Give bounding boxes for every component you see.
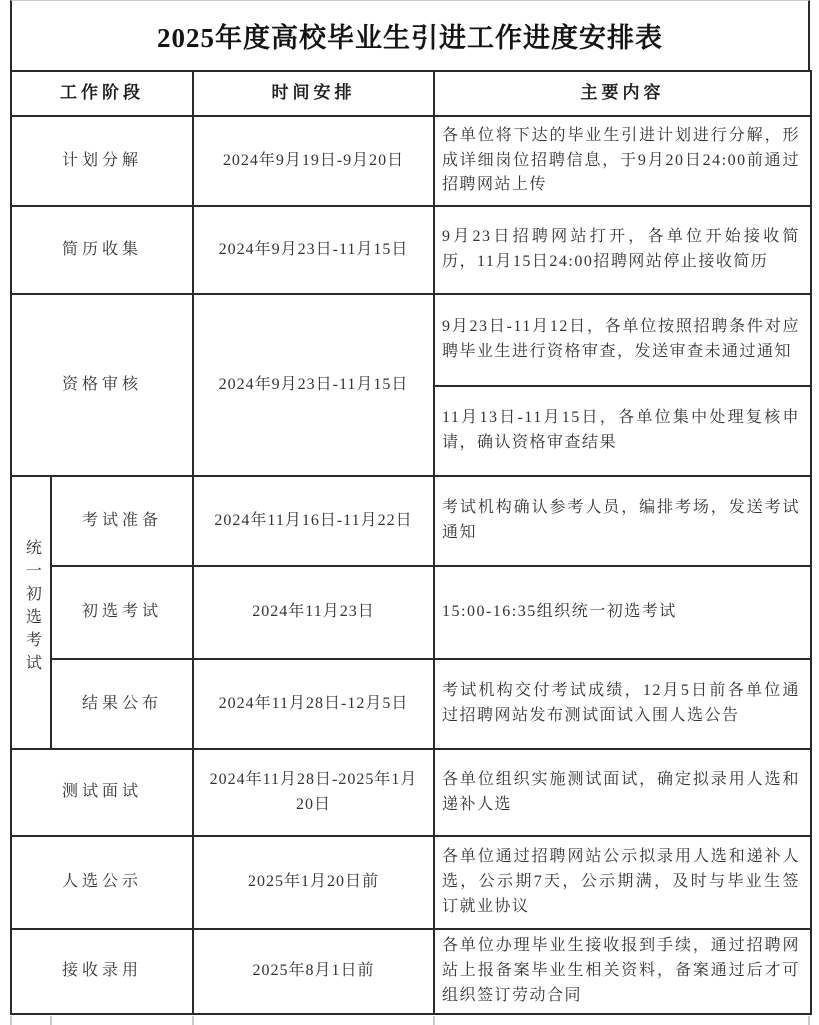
content-cell: 9月23日招聘网站打开，各单位开始接收简历，11月15日24:00招聘网站停止接…: [434, 206, 811, 294]
stage-cell: 接收录用: [11, 929, 193, 1014]
divider: [50, 1016, 52, 1025]
content-cell: 9月23日-11月12日，各单位按照招聘条件对应聘毕业生进行资格审查，发送审查未…: [434, 294, 811, 386]
page-title: 2025年度高校毕业生引进工作进度安排表: [157, 16, 663, 55]
header-row: 工作阶段 时间安排 主要内容: [11, 71, 811, 116]
stage-cell: 初选考试: [51, 566, 193, 659]
row-exam: 初选考试 2024年11月23日 15:00-16:35组织统一初选考试: [11, 566, 811, 659]
content-cell: 考试机构交付考试成绩，12月5日前各单位通过招聘网站发布测试面试入围人选公告: [434, 659, 811, 749]
time-cell: 2024年9月23日-11月15日: [193, 206, 434, 294]
row-results: 结果公布 2024年11月28日-12月5日 考试机构交付考试成绩，12月5日前…: [11, 659, 811, 749]
divider: [808, 1016, 810, 1025]
content-cell: 各单位办理毕业生接收报到手续，通过招聘网站上报备案毕业生相关资料，备案通过后才可…: [434, 929, 811, 1014]
time-cell: 2024年11月16日-11月22日: [193, 476, 434, 566]
stage-cell: 简历收集: [11, 206, 193, 294]
time-cell: 2025年1月20日前: [193, 836, 434, 929]
content-cell: 各单位将下达的毕业生引进计划进行分解，形成详细岗位招聘信息，于9月20日24:0…: [434, 116, 811, 206]
time-cell: 2025年8月1日前: [193, 929, 434, 1014]
stage-cell: 测试面试: [11, 749, 193, 836]
content-cell: 11月13日-11月15日，各单位集中处理复核申请，确认资格审查结果: [434, 386, 811, 476]
group-cell-unified-exam: 统一初选考试: [11, 476, 51, 749]
schedule-table: 工作阶段 时间安排 主要内容 计划分解 2024年9月19日-9月20日 各单位…: [10, 70, 812, 1015]
time-cell: 2024年9月23日-11月15日: [193, 294, 434, 476]
divider: [433, 1016, 435, 1025]
group-label: 统一初选考试: [19, 539, 44, 677]
time-cell: 2024年11月28日-12月5日: [193, 659, 434, 749]
row-plan: 计划分解 2024年9月19日-9月20日 各单位将下达的毕业生引进计划进行分解…: [11, 116, 811, 206]
header-cell-time: 时间安排: [193, 71, 434, 116]
row-exam-prep: 统一初选考试 考试准备 2024年11月16日-11月22日 考试机构确认参考人…: [11, 476, 811, 566]
stage-cell: 结果公布: [51, 659, 193, 749]
content-cell: 各单位组织实施测试面试，确定拟录用人选和递补人选: [434, 749, 811, 836]
stage-cell: 考试准备: [51, 476, 193, 566]
time-cell: 2024年11月23日: [193, 566, 434, 659]
stage-cell: 计划分解: [11, 116, 193, 206]
time-cell: 2024年9月19日-9月20日: [193, 116, 434, 206]
schedule-sheet: 2025年度高校毕业生引进工作进度安排表 工作阶段 时间安排 主要内容 计划分解…: [10, 0, 810, 1025]
header-cell-content: 主要内容: [434, 71, 811, 116]
row-publicity: 人选公示 2025年1月20日前 各单位通过招聘网站公示拟录用人选和递补人选，公…: [11, 836, 811, 929]
row-review-part1: 资格审核 2024年9月23日-11月15日 9月23日-11月12日，各单位按…: [11, 294, 811, 386]
stage-cell: 资格审核: [11, 294, 193, 476]
content-cell: 15:00-16:35组织统一初选考试: [434, 566, 811, 659]
cut-off-next-row: [10, 1015, 810, 1025]
row-hire: 接收录用 2025年8月1日前 各单位办理毕业生接收报到手续，通过招聘网站上报备…: [11, 929, 811, 1014]
content-cell: 各单位通过招聘网站公示拟录用人选和递补人选，公示期7天，公示期满，及时与毕业生签…: [434, 836, 811, 929]
content-cell: 考试机构确认参考人员，编排考场，发送考试通知: [434, 476, 811, 566]
divider: [192, 1016, 194, 1025]
header-cell-stage: 工作阶段: [11, 71, 193, 116]
divider: [10, 1016, 12, 1025]
row-interview: 测试面试 2024年11月28日-2025年1月20日 各单位组织实施测试面试，…: [11, 749, 811, 836]
stage-cell: 人选公示: [11, 836, 193, 929]
title-box: 2025年度高校毕业生引进工作进度安排表: [10, 0, 810, 70]
time-cell: 2024年11月28日-2025年1月20日: [193, 749, 434, 836]
row-resume: 简历收集 2024年9月23日-11月15日 9月23日招聘网站打开，各单位开始…: [11, 206, 811, 294]
